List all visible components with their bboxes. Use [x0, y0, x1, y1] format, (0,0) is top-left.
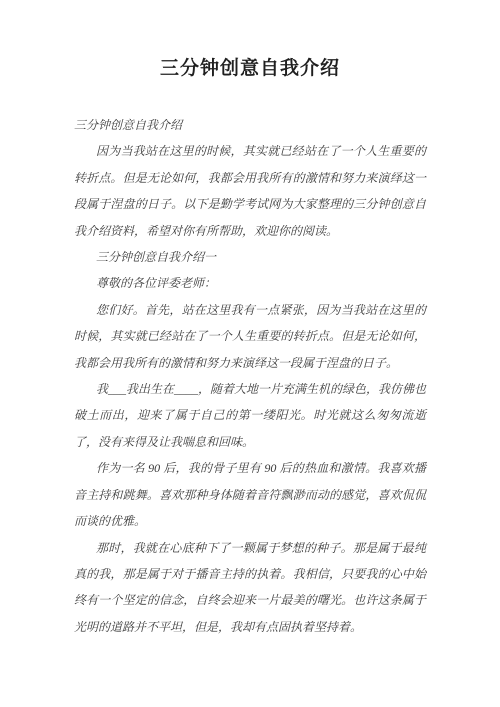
paragraph-birth: 我___我出生在____，随着大地一片充满生机的绿色，我仿佛也破土而出，迎来了属…: [74, 376, 426, 455]
document-page: 三分钟创意自我介绍 三分钟创意自我介绍 因为当我站在这里的时候，其实就已经站在了…: [0, 0, 500, 707]
paragraph-dream: 那时，我就在心底种下了一颗属于梦想的种子。那是属于最纯真的我，那是属于对于播音主…: [74, 535, 426, 641]
paragraph-intro: 因为当我站在这里的时候，其实就已经站在了一个人生重要的转折点。但是无论如何，我都…: [74, 138, 426, 244]
document-body: 三分钟创意自我介绍 因为当我站在这里的时候，其实就已经站在了一个人生重要的转折点…: [74, 112, 426, 640]
document-title: 三分钟创意自我介绍: [0, 0, 500, 83]
paragraph-hobbies: 作为一名 90 后，我的骨子里有 90 后的热血和激情。我喜欢播音主持和跳舞。喜…: [74, 455, 426, 534]
paragraph-greeting: 您们好。首先，站在这里我有一点紧张，因为当我站在这里的时候，其实就已经站在了一个…: [74, 297, 426, 376]
paragraph-section-heading: 三分钟创意自我介绍一: [74, 244, 426, 270]
paragraph-subtitle: 三分钟创意自我介绍: [74, 112, 426, 138]
paragraph-salutation: 尊敬的各位评委老师：: [74, 270, 426, 296]
